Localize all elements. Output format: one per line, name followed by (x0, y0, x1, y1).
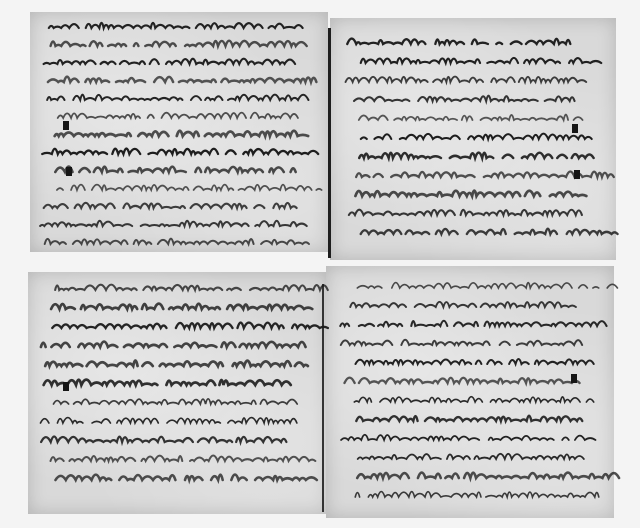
tablet-bottom-left (28, 272, 328, 514)
tablet-bottom-right (326, 266, 614, 518)
binding-hole (572, 124, 578, 133)
fold-line-bottom (322, 284, 324, 512)
binding-hole (571, 374, 577, 383)
fold-line-top (328, 28, 331, 258)
binding-hole (63, 382, 69, 391)
binding-hole (63, 121, 69, 130)
binding-hole (66, 167, 72, 176)
binding-hole (574, 170, 580, 179)
tablet-top-right (330, 18, 616, 260)
tablet-top-left (30, 12, 328, 252)
